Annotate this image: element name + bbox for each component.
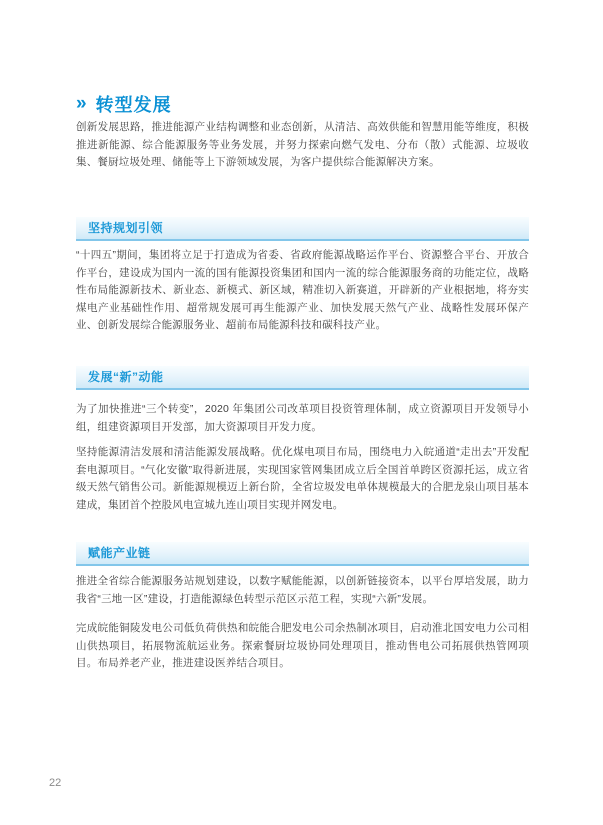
section-badge-industry-chain: 赋能产业链 (76, 542, 529, 566)
page-title-text: 转型发展 (96, 91, 172, 117)
document-page: » 转型发展 创新发展思路，推进能源产业结构调整和业态创新，从清洁、高效供能和智… (0, 0, 603, 825)
page-number: 22 (49, 777, 61, 789)
intro-paragraph: 创新发展思路，推进能源产业结构调整和业态创新，从清洁、高效供能和智慧用能等维度，… (76, 119, 529, 172)
section-planning-paragraph: “十四五”期间，集团将立足于打造成为省委、省政府能源战略运作平台、资源整合平台、… (76, 247, 529, 335)
section-industry-chain-paragraph-2: 完成皖能铜陵发电公司低负荷供热和皖能合肥发电公司余热制冰项目，启动淮北国安电力公… (76, 620, 529, 673)
chevron-right-icon: » (76, 94, 87, 113)
section-new-momentum-paragraph-1: 为了加快推进“三个转变”，2020 年集团公司改革项目投资管理体制，成立资源项目… (76, 401, 529, 436)
section-new-momentum-paragraph-2: 坚持能源清洁发展和清洁能源发展战略。优化煤电项目布局，围绕电力入皖通道“走出去”… (76, 444, 529, 514)
section-badge-planning: 坚持规划引领 (76, 217, 529, 241)
page-title: » 转型发展 (76, 91, 172, 117)
section-industry-chain-paragraph-1: 推进全省综合能源服务站规划建设，以数字赋能能源，以创新链接资本，以平台厚培发展，… (76, 573, 529, 608)
section-badge-new-momentum: 发展“新”动能 (76, 366, 529, 390)
